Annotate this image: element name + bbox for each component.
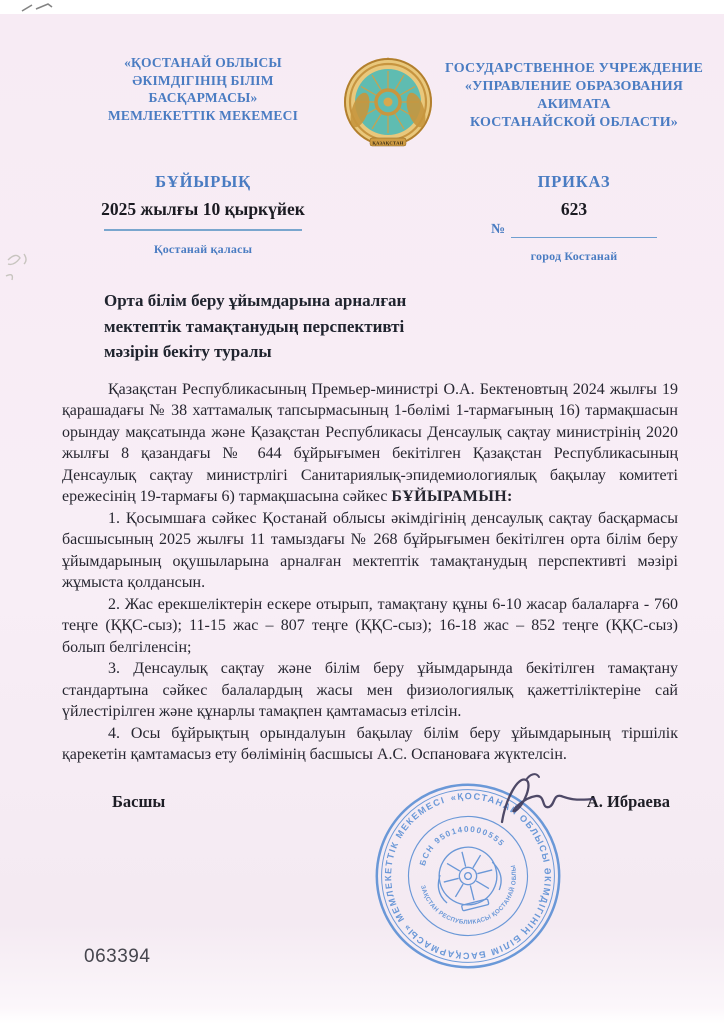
number-sign: № [491,222,505,238]
order-heading-row: БҰЙЫРЫҚ 2025 жылғы 10 қыркүйек Қостанай … [72,172,706,264]
paper-sheet: «ҚОСТАНАЙ ОБЛЫСЫ ӘКІМДІГІНІҢ БІЛІМ БАСҚА… [0,14,724,1024]
order-item-4: 4. Осы бұйрықтың орындалуын бақылау білі… [62,723,678,766]
scanned-document-page: «ҚОСТАНАЙ ОБЛЫСЫ ӘКІМДІГІНІҢ БІЛІМ БАСҚА… [0,0,724,1024]
scan-bottom-edge [0,1008,724,1024]
order-place-russian: город Костанай [442,249,706,264]
scan-scuff-mark [18,1,74,15]
org-name-russian: ГОСУДАРСТВЕННОЕ УЧРЕЖДЕНИЕ «УПРАВЛЕНИЕ О… [442,60,706,132]
number-underline [511,225,657,238]
order-item-1: 1. Қосымшаға сәйкес Қостанай облысы әкім… [62,508,678,594]
emblem-banner-text: ҚАЗАҚСТАН [372,140,403,145]
order-item-3: 3. Денсаулық сақтау және білім беру ұйым… [62,658,678,723]
date-underline [104,229,302,231]
state-emblem-icon: ҚАЗАҚСТАН [334,54,442,154]
handwritten-signature-icon [494,770,602,836]
resolve-word: БҰЙЫРАМЫН: [391,488,512,505]
order-body: Қазақстан Республикасының Премьер-минист… [62,379,678,766]
order-heading-russian: ПРИКАЗ 623 № город Костанай [442,172,706,264]
stamp-center-emblem [430,840,506,915]
serial-number: 063394 [84,946,150,968]
letterhead: «ҚОСТАНАЙ ОБЛЫСЫ ӘКІМДІГІНІҢ БІЛІМ БАСҚА… [72,54,706,154]
org-name-kazakh: «ҚОСТАНАЙ ОБЛЫСЫ ӘКІМДІГІНІҢ БІЛІМ БАСҚА… [72,54,334,124]
order-date: 2025 жылғы 10 қыркүйек [72,199,334,220]
order-number: 623 [442,199,706,220]
order-place-kazakh: Қостанай қаласы [72,242,334,257]
order-word-russian: ПРИКАЗ [442,172,706,192]
order-word-kazakh: БҰЙЫРЫҚ [72,172,334,192]
order-item-2: 2. Жас ерекшеліктерін ескере отырып, там… [62,594,678,659]
order-preamble: Қазақстан Республикасының Премьер-минист… [62,379,678,508]
signature-role: Басшы [112,792,165,812]
preamble-text: Қазақстан Республикасының Премьер-минист… [62,381,678,506]
order-heading-kazakh: БҰЙЫРЫҚ 2025 жылғы 10 қыркүйек Қостанай … [72,172,334,264]
number-line-row: № [442,222,706,238]
subject-title: Орта білім беру ұйымдарына арналған мект… [104,288,472,365]
